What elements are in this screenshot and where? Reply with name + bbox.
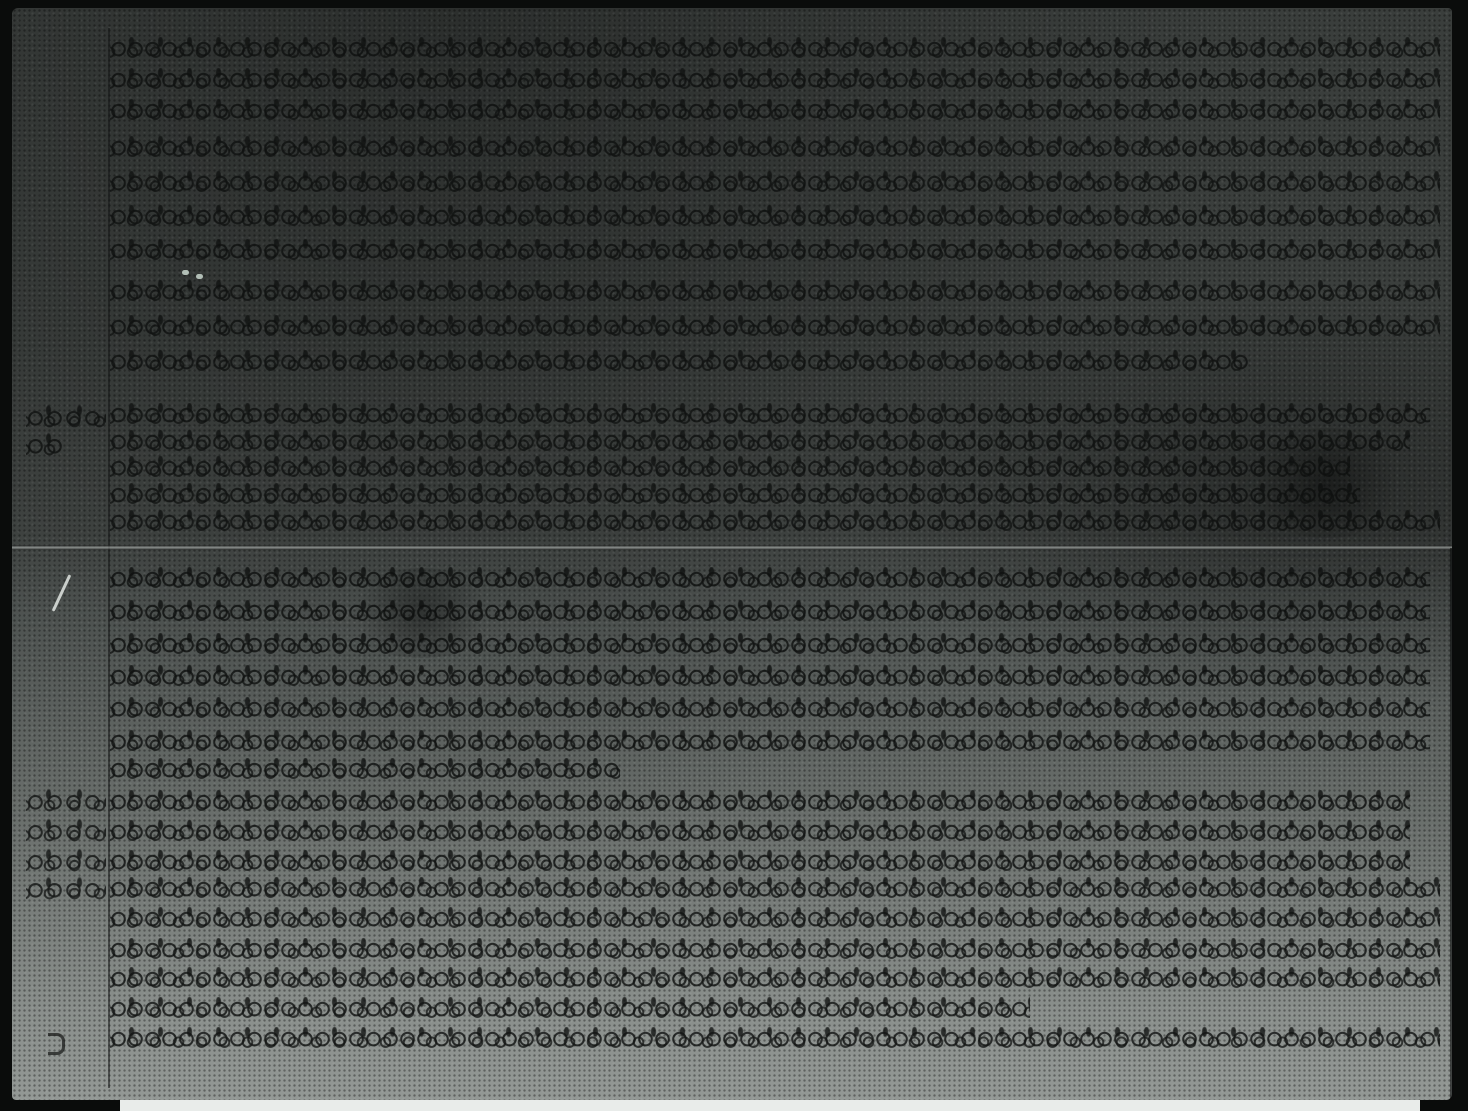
manuscript-line: ဘာ ဂါ ဂ ရှိ ဂါ ကြ ဂါ ဖြ ရှု ဂါ မိ ဂါ ဝါ … <box>110 630 1430 656</box>
manuscript-line: ရော ငါ လဲ ငါ ပ ဝါ ဒ ငါ ဒေ ပုဒ်ကြ ကျ ဗိဇ္… <box>110 202 1440 228</box>
manuscript-line: ကြ ဂါ ဘ ဝ ဂိ ဗည်ဥ ကြ ဂါ ဖော် လ ဖြ ဝ ပ ဥ … <box>110 817 1410 843</box>
margin-mark-icon <box>48 1033 65 1055</box>
white-speck <box>182 270 189 275</box>
manuscript-line: မျ ည် ဂါ ဂိ ဒ ပ ဂ ဘာ ဂ ဂ ဂ ဒိ ဂ ဂ ရ ပ ဂ … <box>110 727 1430 753</box>
manuscript-line: မြဲပြုင် ဆော ကော မျာ မှာ သူ ဝ လေ စ ပ် ဒု… <box>110 168 1440 194</box>
manuscript-line: ပုကွာ ရှိ ဥ ငါဒ ဖြော် ဗ ဒ ရှိ ရွှေ ကြုံ … <box>110 277 1440 303</box>
margin-heading: ဗိဒ္ဓာ ဗော ဒ <box>26 402 106 432</box>
manuscript-line: ပုကာ ဂါ ဂါ ဂ ဒ ဂိ မ ဂိ ဂ ဖြ ဂိ ဂ ဂါ ဂ ဂ … <box>110 755 620 781</box>
manuscript-line: ဖြိ ဂိ ဒ ပ ဥ ဒဂ ဂိ ဝ ဂါ ဂိ ဒ ဗိ ဒ ပ ဂ ဝ … <box>110 597 1430 623</box>
manuscript-line: ယသည်ကြွင် ဖြာ ခိုင်ခြင်း လခတွေ့ မဂျို မှ… <box>110 96 1440 122</box>
manuscript-line: ပြ ရမ် ဖြ ဒိ သ ဂ ဂေ ဂ ဂ ဂါ ဂါ ဂါ ဂ ဂါ ဂ … <box>110 874 1440 900</box>
manuscript-line: ဂ ဝ ကျာ မှ င် ဂါ ခ ဂျော မှ ဂါ ဂ ဝ ကာ ဘ ဘ… <box>110 662 1430 688</box>
photo-border-white-strip <box>120 1100 1420 1111</box>
margin-heading: ကော်လေနှ <box>26 874 106 904</box>
manuscript-line: ဆင်ကြီ ဖြစ်ကြောင်း အမိုရှေ့ မယ်ဘဲ ရှေ့ရှ… <box>110 65 1440 91</box>
manuscript-line: ကြ ဂါ ပ ဝါ ဂါ သ ဂ္ဂ ရည် မ ဂ ဂိ ခ ဒေ ဂ ဂ … <box>110 847 1410 873</box>
manuscript-line: ဝိ ဓိ သည့်ဘ ဘော ဒ ဒါ ဘ ဘ ဥ ရည် ကျ ဖိ ချှ… <box>110 400 1430 426</box>
manuscript-line: ရ ဂါ လွှ ဥ ရေ ဥ ဒိ ဒိ ဘဂ ဒဂ ရှုံ ဗ ဂုံ ဥ… <box>110 480 1360 506</box>
manuscript-line: လက်ခုံ ဒ ငါ ပြေ ဘိ ငါ ခုင် ဆော ကော ပုရာ … <box>110 236 1440 262</box>
margin-heading: ဘဝါဂ <box>26 846 106 876</box>
manuscript-line: ကြ လေ့ ရ ရှေ ဂ လှ မျိ ဂ ဗျ ဆ ရှေ ဥ ဝုံ င… <box>110 312 1440 338</box>
manuscript-line: ဝျိ ဝါ ဆော ဆော င် လုပ် ဂျွ ဖောဘ ဘ ဒ ဂ ရှ… <box>110 453 1350 479</box>
manuscript-line: ဥစေ ကြ ဂယ ကြ သို့ ခဒါ ဒိုင် ကျုံ သည့် ရ … <box>110 564 1430 590</box>
manuscript-line: ဘု ဂ ဂေ ဂ ဂါ ဂ ဂ ဂ ဂ ဂ ဂ ဂ ဂ ဂ ဂ ဂ ဂ ဂ ဂ… <box>110 964 1440 990</box>
manuscript-line: မ ဂါ လ ဂ ဂ ဂ ဂ ဂ ဂ ဂ ဂ ဂ ဂ ဂ ဂ ဂ ဂ ဂ ဂ ဂ… <box>110 994 1030 1020</box>
manuscript-line: ပွ ဘ ရော ဂိ ဆည် ဥ ဂ ဝ ဒ ဝ ခ ဂ လ ဖြ ဂ ဆော… <box>110 507 1440 533</box>
scratch-mark <box>52 574 72 612</box>
manuscript-line: ဖြိ ဂိ ဘ ဘ လ ဂါ ဝ ဝ ပ ဂြ ဂ ဂါ ဂ ဂ ပ ဂ ဂ … <box>110 694 1430 720</box>
fold-edge-shadow <box>1450 548 1454 1100</box>
page-fold <box>12 545 1452 550</box>
margin-heading: လျှ <box>26 430 66 460</box>
manuscript-folio: အရှိဒေါဝကျုံ ရယပုဒ်ငါ လော ကောင်း ဖြစ်စီ … <box>12 8 1452 1100</box>
manuscript-line: ပုကာ ရည် ဥဒဝ ဒိ ကြော် ဒါ ခ ရေ လူ လဖါ ပြေ… <box>110 347 1250 373</box>
manuscript-line: ဒေခ ဝိုးရည် ကြော် မိဝ ဂါ လခွဲ ကာ ဂါ ခွေ … <box>110 787 1410 813</box>
manuscript-line: အော ကော ဒိုဂါ ကာ ဒုံ ဂိ ဝ ဖြစ်ကြ ကော ဝ ဆ… <box>110 427 1410 453</box>
margin-heading: သံဂ္ဂေ <box>26 816 106 846</box>
margin-heading: ဝေဝဗျှိ <box>26 786 106 816</box>
manuscript-line: ဂ ဒေ ဝ ဂ ဂါ ဂိ သိ လ ဂိ ဂ ဂ ဂါ ဂ ဂ ဂ ဂ ဂ … <box>110 904 1440 930</box>
manuscript-line: ဖြိ ဂ ဂိ ဝ ဂ ဂ ဂ ဘ ဂါ ဂ ဝ ဂ ဂ ဂ ဂ ဂ ဂ ဂ … <box>110 935 1440 961</box>
manuscript-line: ရထွင်ကြွ ရေ ရေတာ လည်ငါ ဧေဒါ တာသ် ကော် ဥ … <box>110 133 1440 159</box>
manuscript-line: အရှိဒေါဝကျုံ ရယပုဒ်ငါ လော ကောင်း ဖြစ်စီ … <box>110 34 1440 60</box>
manuscript-line: ဂိ ဂ ဂ ဂ ဂ ဂ ဂ ဂ ဂ ဂ ဂ ဂ ဂ ဂ ဂ ဂ ဂ ဂ ဂ ဂ… <box>110 1024 1440 1050</box>
